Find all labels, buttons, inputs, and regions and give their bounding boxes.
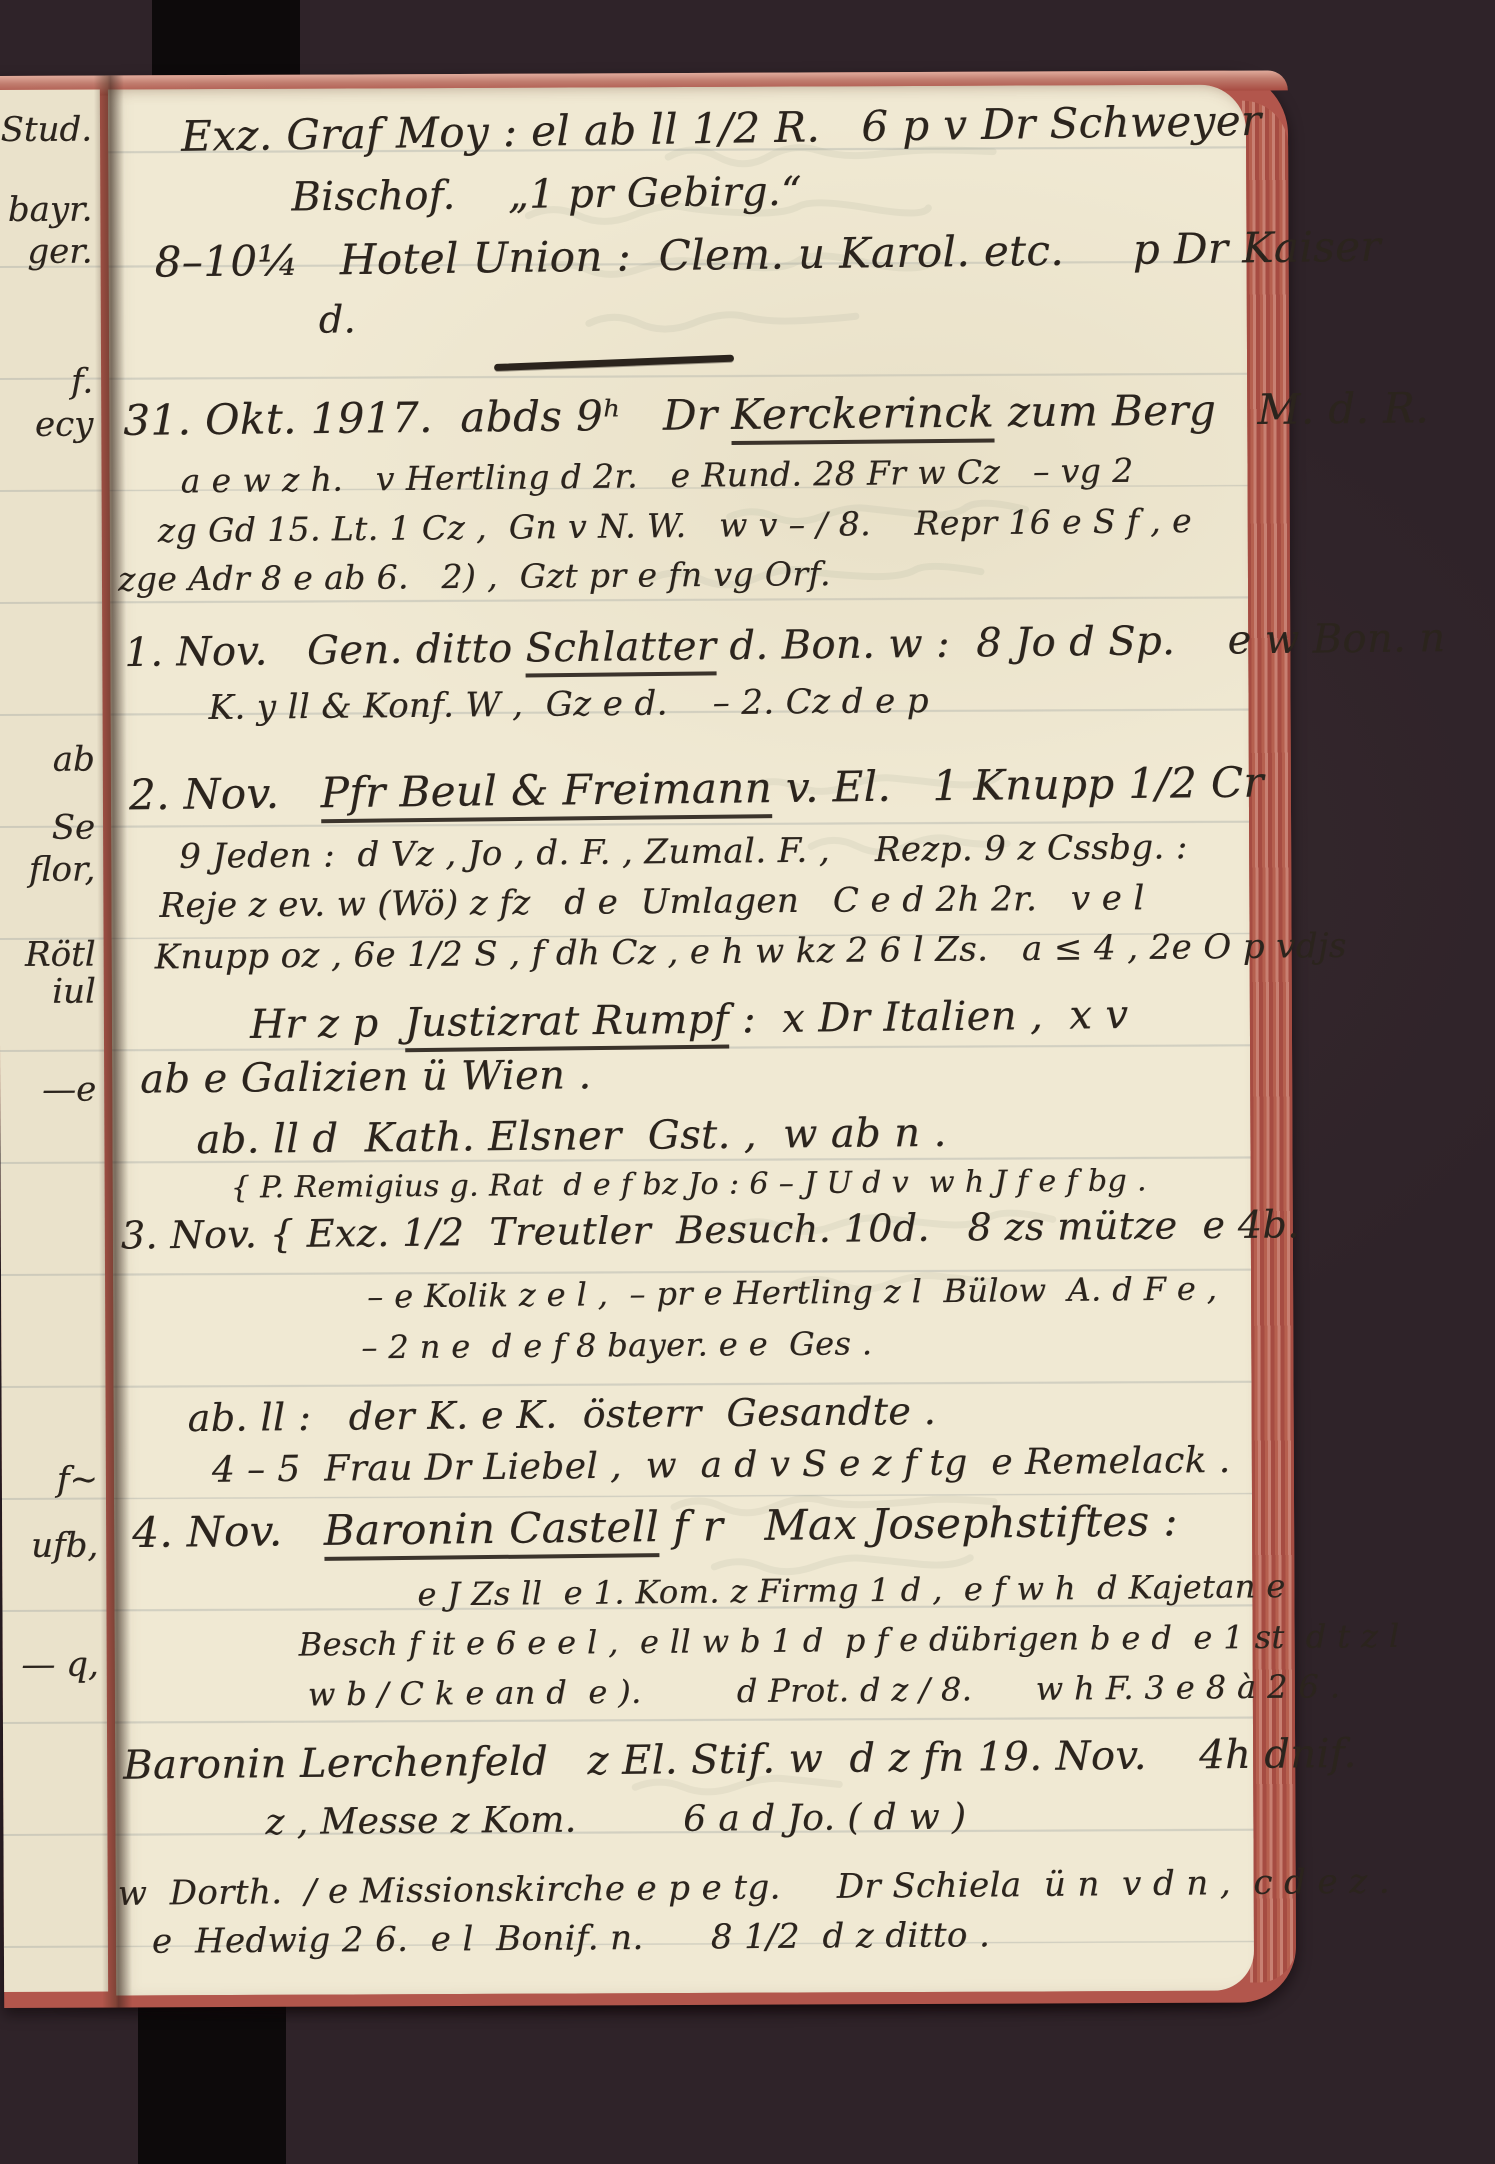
line-text: 3. Nov. { Exz. 1/2 Treutler Besuch. 10d.…: [121, 1202, 1300, 1257]
hand-drawn-divider: [494, 355, 734, 371]
line-text: d. Bon. w : 8 Jo d Sp. e w Bon. n: [716, 615, 1446, 669]
facing-page-sliver: Stud.bayr.ger.f.ecyabSeflor,Rötliul—ef~u…: [0, 90, 108, 1992]
line-text: Besch f it e 6 e e l , e ll w b 1 d p f …: [298, 1617, 1399, 1664]
facing-page-fragment: ab: [0, 740, 95, 780]
handwritten-line: ab. ll d Kath. Elsner Gst. , w ab n .: [196, 1112, 947, 1161]
handwritten-line: 9 Jeden : d Vz , Jo , d. F. , Zumal. F. …: [179, 830, 1188, 875]
line-text: Exz. Graf Moy : el ab ll 1/2 R. 6 p v Dr…: [181, 96, 1262, 161]
facing-page-fragment: ger.: [0, 232, 93, 272]
line-text: Knupp oz , 6e 1/2 S , f dh Cz , e h w kz…: [154, 926, 1346, 977]
underlined-name: Baronin Castell: [323, 1502, 659, 1561]
line-text: – e Kolik z e l , – pr e Hertling z l Bü…: [367, 1269, 1218, 1315]
handwritten-line: 31. Okt. 1917. abds 9ʰ Dr Kerckerinck zu…: [123, 386, 1429, 443]
line-text: { P. Remigius g. Rat d e f bz Jo : 6 – J…: [231, 1163, 1148, 1205]
notebook-photo: Stud.bayr.ger.f.ecyabSeflor,Rötliul—ef~u…: [0, 0, 1495, 2164]
handwritten-line: 8–10¼ Hotel Union : Clem. u Karol. etc. …: [154, 225, 1381, 285]
line-text: 1. Nov. Gen. ditto: [124, 626, 526, 677]
line-text: z , Messe z Kom. 6 a d Jo. ( d w ): [265, 1797, 966, 1844]
line-text: Bischof. „1 pr Gebirg.“: [291, 169, 802, 221]
line-text: 31. Okt. 1917. abds 9ʰ Dr: [123, 390, 731, 445]
handwritten-line: 4. Nov. Baronin Castell f r Max Josephst…: [132, 1499, 1178, 1555]
handwritten-line: K. y ll & Konf. W , Gz e d. – 2. Cz d e …: [208, 684, 929, 727]
line-text: zg Gd 15. Lt. 1 Cz , Gn v N. W. w v – / …: [158, 501, 1192, 550]
handwritten-line: Bischof. „1 pr Gebirg.“: [291, 171, 802, 219]
handwritten-line: Knupp oz , 6e 1/2 S , f dh Cz , e h w kz…: [154, 929, 1346, 976]
handwritten-line: zg Gd 15. Lt. 1 Cz , Gn v N. W. w v – / …: [158, 504, 1192, 549]
line-text: zum Berg M. d. R.: [994, 383, 1429, 436]
line-text: ab. ll : der K. e K. österr Gesandte .: [187, 1389, 936, 1440]
handwritten-line: d.: [319, 300, 356, 340]
handwritten-line: 1. Nov. Gen. ditto Schlatter d. Bon. w :…: [124, 617, 1446, 674]
line-text: ab. ll d Kath. Elsner Gst. , w ab n .: [196, 1110, 947, 1163]
handwritten-line: e J Zs ll e 1. Kom. z Firmg 1 d , e f w …: [417, 1570, 1286, 1612]
handwritten-line: 3. Nov. { Exz. 1/2 Treutler Besuch. 10d.…: [121, 1205, 1300, 1256]
handwritten-line: { P. Remigius g. Rat d e f bz Jo : 6 – J…: [231, 1165, 1148, 1204]
handwritten-line: ab e Galizien ü Wien .: [140, 1054, 592, 1100]
facing-page-fragment: iul: [0, 972, 96, 1012]
line-text: 4 – 5 Frau Dr Liebel , w a d v S e z f t…: [212, 1440, 1231, 1491]
underlined-name: Kerckerinck: [731, 388, 994, 446]
underlined-name: Schlatter: [525, 623, 716, 677]
facing-page-fragment: ecy: [0, 405, 93, 445]
line-text: 2. Nov.: [129, 768, 321, 819]
handwritten-line: z , Messe z Kom. 6 a d Jo. ( d w ): [265, 1799, 966, 1842]
line-text: w b / C k e an d e ). d Prot. d z / 8. w…: [308, 1667, 1341, 1713]
book-spine-bottom: [138, 2004, 286, 2164]
line-text: ab e Galizien ü Wien .: [140, 1052, 592, 1102]
line-text: v. El. 1 Knupp 1/2 Cr: [772, 758, 1264, 813]
handwritten-line: Exz. Graf Moy : el ab ll 1/2 R. 6 p v Dr…: [181, 99, 1262, 159]
handwritten-line: Hr z p Justizrat Rumpf : x Dr Italien , …: [250, 994, 1129, 1046]
line-text: e J Zs ll e 1. Kom. z Firmg 1 d , e f w …: [417, 1567, 1286, 1613]
handwritten-line: zge Adr 8 e ab 6. 2) , Gzt pr e fn vg Or…: [118, 557, 831, 597]
handwritten-line: w b / C k e an d e ). d Prot. d z / 8. w…: [308, 1670, 1341, 1712]
handwritten-line: Besch f it e 6 e e l , e ll w b 1 d p f …: [299, 1620, 1400, 1662]
handwritten-line: w Dorth. / e Missionskirche e p e tg. Dr…: [118, 1865, 1390, 1913]
underlined-name: Justizrat Rumpf: [404, 997, 729, 1053]
line-text: e Hedwig 2 6. e l Bonif. n. 8 1/2 d z di…: [152, 1915, 991, 1962]
handwritten-line: Baronin Lerchenfeld z El. Stif. w d z fn…: [123, 1733, 1357, 1787]
facing-page-fragment: f~: [2, 1460, 98, 1500]
facing-page-fragment: Rötl: [0, 935, 96, 975]
handwritten-line: a e w z h. v Hertling d 2r. e Rund. 28 F…: [180, 454, 1133, 499]
facing-page-fragment: —e: [0, 1070, 96, 1110]
line-text: w Dorth. / e Missionskirche e p e tg. Dr…: [118, 1862, 1390, 1914]
facing-page-fragment: f.: [0, 362, 93, 402]
handwritten-line: e Hedwig 2 6. e l Bonif. n. 8 1/2 d z di…: [152, 1918, 990, 1960]
line-text: 4. Nov.: [132, 1506, 324, 1557]
line-text: f r Max Josephstiftes :: [659, 1496, 1178, 1551]
handwritten-line: Reje z ev. w (Wö) z fz d e Umlagen C e d…: [159, 881, 1144, 924]
facing-page-fragment: flor,: [0, 850, 95, 890]
handwritten-line: ab. ll : der K. e K. österr Gesandte .: [187, 1392, 936, 1439]
facing-page-fragment: bayr.: [0, 190, 92, 230]
facing-page-fragment: ufb,: [2, 1526, 98, 1566]
line-text: Baronin Lerchenfeld z El. Stif. w d z fn…: [123, 1731, 1357, 1789]
page-stack: Stud.bayr.ger.f.ecyabSeflor,Rötliul—ef~u…: [0, 70, 1296, 2008]
line-text: – 2 n e d e f 8 bayer. e e Ges .: [361, 1324, 872, 1366]
facing-page-fragment: — q,: [3, 1645, 99, 1685]
facing-page-fragment: Stud.: [0, 110, 92, 150]
line-text: Hr z p: [250, 1000, 405, 1048]
handwritten-line: 4 – 5 Frau Dr Liebel , w a d v S e z f t…: [212, 1442, 1231, 1490]
line-text: Reje z ev. w (Wö) z fz d e Umlagen C e d…: [159, 878, 1145, 926]
line-text: d.: [319, 297, 356, 341]
handwritten-line: 2. Nov. Pfr Beul & Freimann v. El. 1 Knu…: [129, 761, 1264, 818]
line-text: K. y ll & Konf. W , Gz e d. – 2. Cz d e …: [208, 681, 929, 728]
line-text: zge Adr 8 e ab 6. 2) , Gzt pr e fn vg Or…: [118, 554, 831, 599]
line-text: 9 Jeden : d Vz , Jo , d. F. , Zumal. F. …: [179, 827, 1188, 877]
diary-page: Exz. Graf Moy : el ab ll 1/2 R. 6 p v Dr…: [108, 85, 1254, 1996]
facing-page-fragment: Se: [0, 808, 95, 848]
underlined-name: Pfr Beul & Freimann: [320, 763, 772, 823]
line-text: a e w z h. v Hertling d 2r. e Rund. 28 F…: [180, 451, 1133, 501]
handwritten-line: – 2 n e d e f 8 bayer. e e Ges .: [361, 1327, 872, 1365]
line-text: : x Dr Italien , x v: [729, 992, 1129, 1043]
book-spine-top: [152, 0, 300, 82]
line-text: 8–10¼ Hotel Union : Clem. u Karol. etc. …: [154, 222, 1381, 287]
handwritten-line: – e Kolik z e l , – pr e Hertling z l Bü…: [367, 1272, 1217, 1314]
